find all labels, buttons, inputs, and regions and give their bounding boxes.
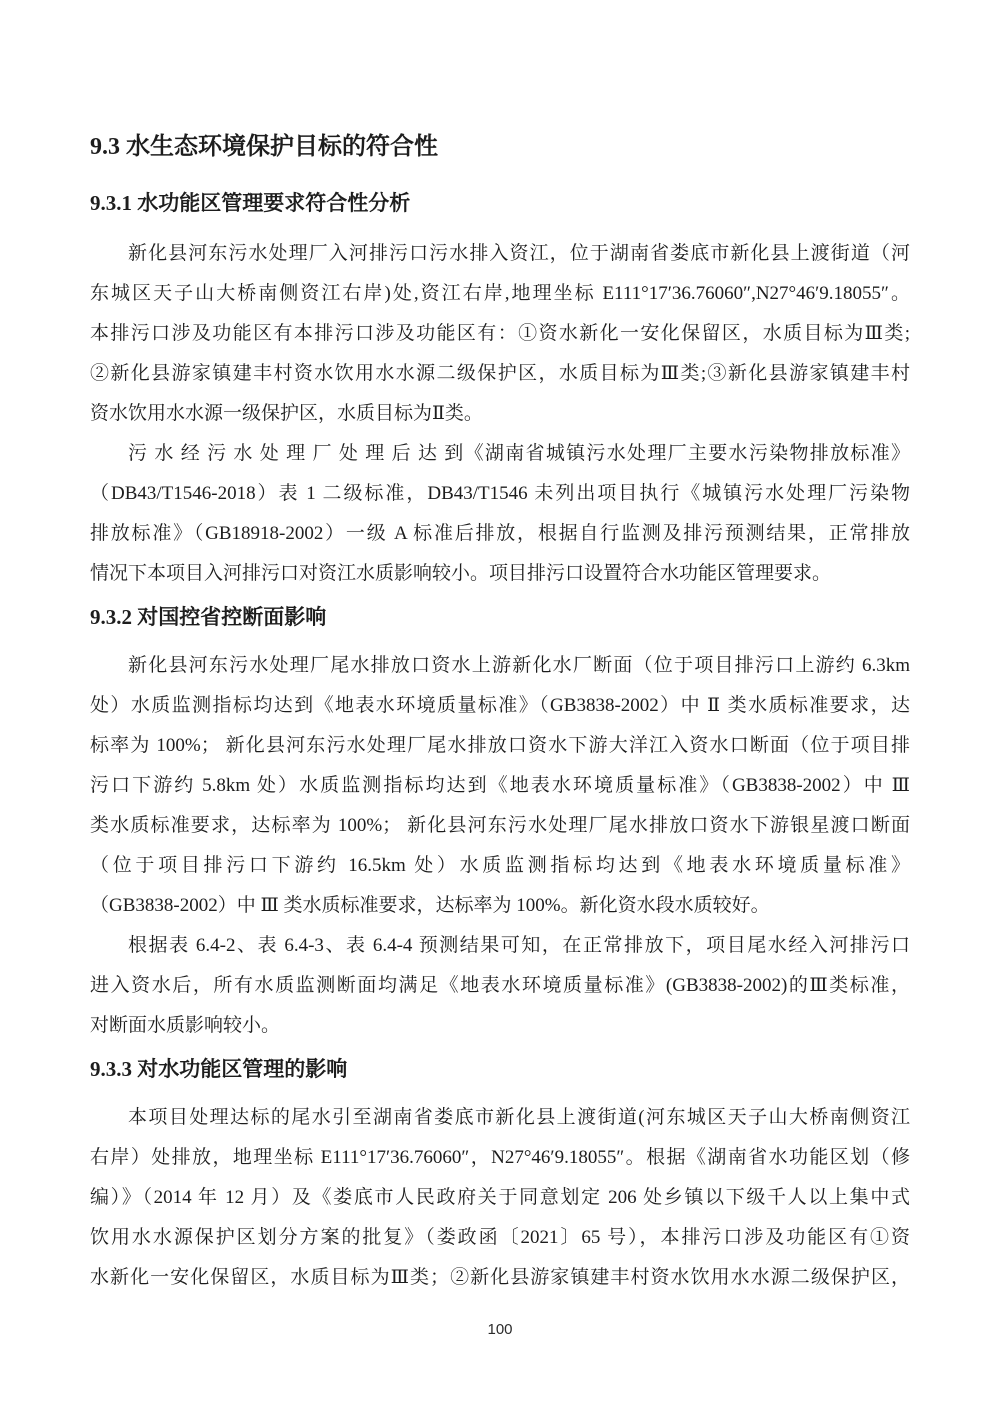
- text-line: 处）水质监测指标均达到《地表水环境质量标准》（GB3838-2002）中 Ⅱ 类…: [90, 686, 910, 726]
- text-line: ②新化县游家镇建丰村资水饮用水水源二级保护区，水质目标为Ⅲ类;③新化县游家镇建丰…: [90, 354, 910, 394]
- heading-9-3: 9.3 水生态环境保护目标的符合性: [90, 130, 910, 164]
- text-line: 污 水 经 污 水 处 理 厂 处 理 后 达 到《湖南省城镇污水处理厂主要水污…: [90, 434, 910, 474]
- document-page: 9.3 水生态环境保护目标的符合性 9.3.1 水功能区管理要求符合性分析 新化…: [0, 0, 1000, 1414]
- text-line: 饮用水水源保护区划分方案的批复》（娄政函〔2021〕65 号），本排污口涉及功能…: [90, 1218, 910, 1258]
- text-line: 污口下游约 5.8km 处）水质监测指标均达到《地表水环境质量标准》（GB383…: [90, 766, 910, 806]
- text-line: （DB43/T1546-2018）表 1 二级标准，DB43/T1546 未列出…: [90, 474, 910, 514]
- heading-9-3-1: 9.3.1 水功能区管理要求符合性分析: [90, 188, 910, 218]
- text-line: （GB3838-2002）中 Ⅲ 类水质标准要求，达标率为 100%。新化资水段…: [90, 886, 910, 926]
- text-line: 本排污口涉及功能区有本排污口涉及功能区有：①资水新化一安化保留区，水质目标为Ⅲ类…: [90, 314, 910, 354]
- text-line: 新化县河东污水处理厂尾水排放口资水上游新化水厂断面（位于项目排污口上游约 6.3…: [90, 646, 910, 686]
- paragraph-5: 本项目处理达标的尾水引至湖南省娄底市新化县上渡街道(河东城区天子山大桥南侧资江 …: [90, 1098, 910, 1298]
- text-line: 水新化一安化保留区，水质目标为Ⅲ类；②新化县游家镇建丰村资水饮用水水源二级保护区…: [90, 1258, 910, 1298]
- paragraph-1: 新化县河东污水处理厂入河排污口污水排入资江，位于湖南省娄底市新化县上渡街道（河 …: [90, 234, 910, 434]
- text-line: 对断面水质影响较小。: [90, 1006, 910, 1046]
- text-line: 东城区天子山大桥南侧资江右岸)处,资江右岸,地理坐标 E111°17′36.76…: [90, 274, 910, 314]
- text-line: 根据表 6.4-2、表 6.4-3、表 6.4-4 预测结果可知，在正常排放下，…: [90, 926, 910, 966]
- text-line: （位于项目排污口下游约 16.5km 处）水质监测指标均达到《地表水环境质量标准…: [90, 846, 910, 886]
- text-line: 进入资水后，所有水质监测断面均满足《地表水环境质量标准》(GB3838-2002…: [90, 966, 910, 1006]
- heading-9-3-3: 9.3.3 对水功能区管理的影响: [90, 1054, 910, 1084]
- paragraph-3: 新化县河东污水处理厂尾水排放口资水上游新化水厂断面（位于项目排污口上游约 6.3…: [90, 646, 910, 926]
- text-line: 资水饮用水水源一级保护区，水质目标为Ⅱ类。: [90, 394, 910, 434]
- paragraph-4: 根据表 6.4-2、表 6.4-3、表 6.4-4 预测结果可知，在正常排放下，…: [90, 926, 910, 1046]
- text-line: 标率为 100%； 新化县河东污水处理厂尾水排放口资水下游大洋江入资水口断面（位…: [90, 726, 910, 766]
- page-number: 100: [0, 1321, 1000, 1338]
- text-line: 编）》（2014 年 12 月）及《娄底市人民政府关于同意划定 206 处乡镇以…: [90, 1178, 910, 1218]
- text-line: 类水质标准要求，达标率为 100%； 新化县河东污水处理厂尾水排放口资水下游银星…: [90, 806, 910, 846]
- text-line: 情况下本项目入河排污口对资江水质影响较小。项目排污口设置符合水功能区管理要求。: [90, 554, 910, 594]
- text-line: 本项目处理达标的尾水引至湖南省娄底市新化县上渡街道(河东城区天子山大桥南侧资江: [90, 1098, 910, 1138]
- text-line: 新化县河东污水处理厂入河排污口污水排入资江，位于湖南省娄底市新化县上渡街道（河: [90, 234, 910, 274]
- paragraph-2: 污 水 经 污 水 处 理 厂 处 理 后 达 到《湖南省城镇污水处理厂主要水污…: [90, 434, 910, 594]
- heading-9-3-2: 9.3.2 对国控省控断面影响: [90, 602, 910, 632]
- text-line: 右岸）处排放，地理坐标 E111°17′36.76060″，N27°46′9.1…: [90, 1138, 910, 1178]
- text-line: 排放标准》（GB18918-2002）一级 A 标准后排放，根据自行监测及排污预…: [90, 514, 910, 554]
